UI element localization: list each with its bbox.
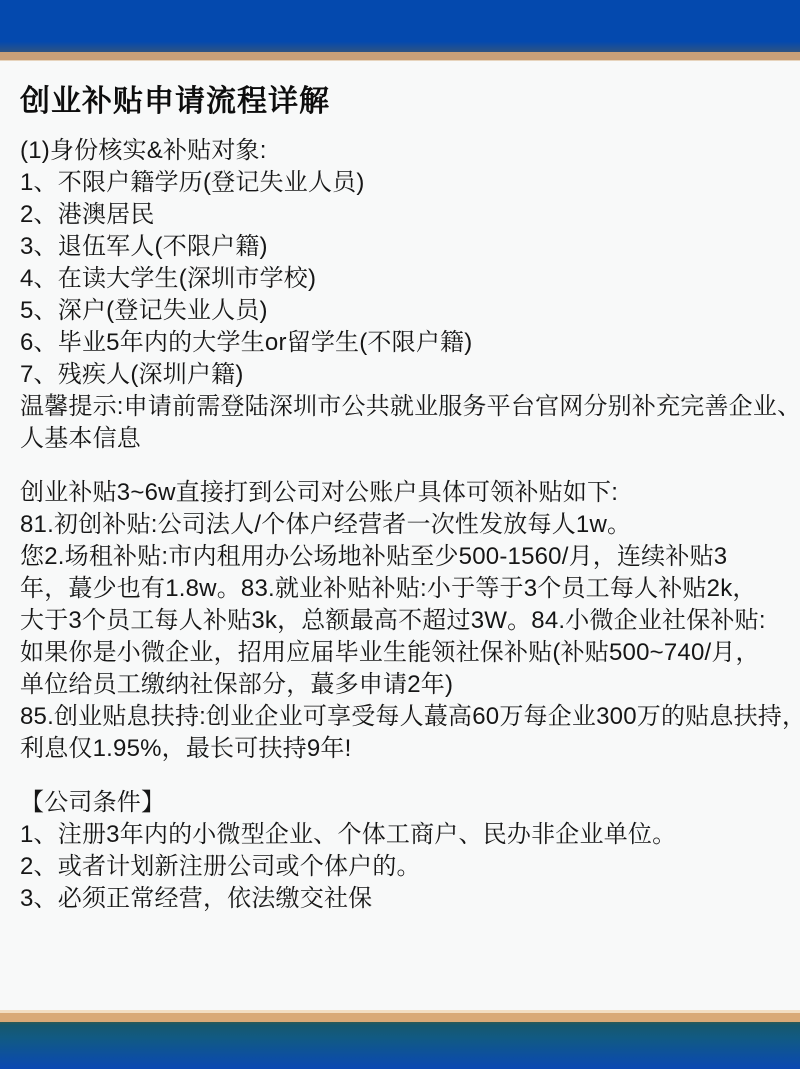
text-line: 如果你是小微企业，招用应届毕业生能领社保补贴(补贴500~740/月，	[20, 637, 790, 669]
list-item: 3、退伍军人(不限户籍)	[20, 231, 790, 263]
text-line: 单位给员工缴纳社保部分，蕞多申请2年)	[20, 669, 790, 701]
text-line: 年，蕞少也有1.8w。83.就业补贴补贴:小于等于3个员工每人补贴2k，	[20, 573, 790, 605]
text-line: 大于3个员工每人补贴3k，总额最高不超过3W。84.小微企业社保补贴:	[20, 605, 790, 637]
section-subsidies: 创业补贴3~6w直接打到公司对公账户具体可领补贴如下: 81.初创补贴:公司法人…	[20, 477, 790, 765]
section-heading: 创业补贴3~6w直接打到公司对公账户具体可领补贴如下:	[20, 477, 790, 509]
list-item: 2、港澳居民	[20, 199, 790, 231]
bottom-banner	[0, 1022, 800, 1069]
list-item: 3、必须正常经营，依法缴交社保	[20, 883, 790, 915]
list-item: 6、毕业5年内的大学生or留学生(不限户籍)	[20, 327, 790, 359]
poster-page: 创业补贴申请流程详解 (1)身份核实&补贴对象: 1、不限户籍学历(登记失业人员…	[0, 0, 800, 1069]
list-item: 1、不限户籍学历(登记失业人员)	[20, 167, 790, 199]
top-banner	[0, 0, 800, 52]
page-title: 创业补贴申请流程详解	[20, 83, 790, 121]
document-body: 创业补贴申请流程详解 (1)身份核实&补贴对象: 1、不限户籍学历(登记失业人员…	[0, 61, 800, 1010]
section-heading: 【公司条件】	[20, 787, 790, 819]
section-eligibility: (1)身份核实&补贴对象: 1、不限户籍学历(登记失业人员) 2、港澳居民 3、…	[20, 135, 790, 455]
list-item: 7、残疾人(深圳户籍)	[20, 359, 790, 391]
text-line: 85.创业贴息扶持:创业企业可享受每人蕞高60万每企业300万的贴息扶持，	[20, 701, 790, 733]
text-line: 您2.场租补贴:市内租用办公场地补贴至少500-1560/月，连续补贴3	[20, 541, 790, 573]
list-item: 2、或者计划新注册公司或个体户的。	[20, 851, 790, 883]
text-line: 81.初创补贴:公司法人/个体户经营者一次性发放每人1w。	[20, 509, 790, 541]
tip-text: 人基本信息	[20, 423, 790, 455]
section-heading: (1)身份核实&补贴对象:	[20, 135, 790, 167]
text-line: 利息仅1.95%，最长可扶持9年!	[20, 733, 790, 765]
list-item: 1、注册3年内的小微型企业、个体工商户、民办非企业单位。	[20, 819, 790, 851]
list-item: 4、在读大学生(深圳市学校)	[20, 263, 790, 295]
list-item: 5、深户(登记失业人员)	[20, 295, 790, 327]
tip-text: 温馨提示:申请前需登陆深圳市公共就业服务平台官网分别补充完善企业、个	[20, 391, 790, 423]
section-company-conditions: 【公司条件】 1、注册3年内的小微型企业、个体工商户、民办非企业单位。 2、或者…	[20, 787, 790, 915]
bottom-divider-line	[0, 1013, 800, 1022]
top-divider-line	[0, 52, 800, 61]
